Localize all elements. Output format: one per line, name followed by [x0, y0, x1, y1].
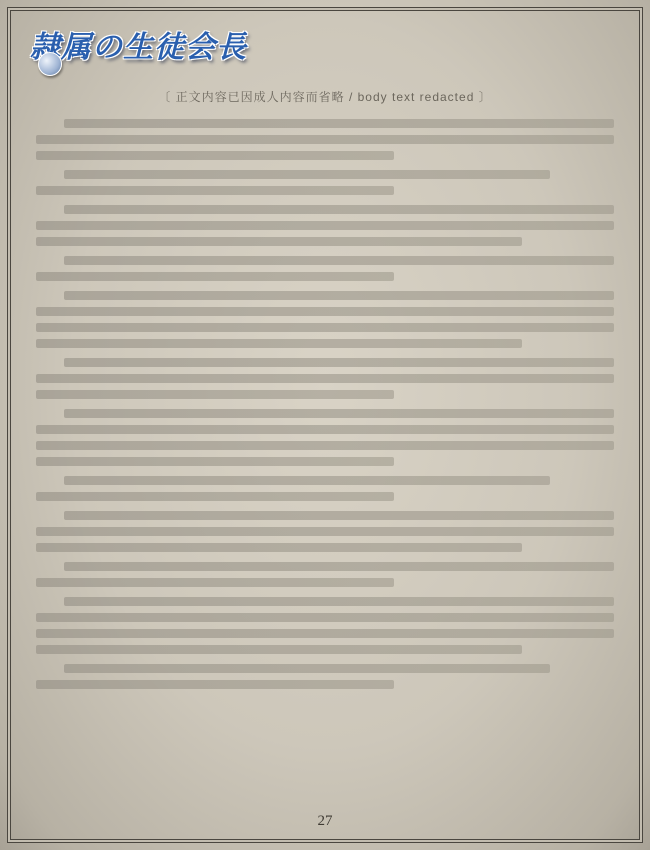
- redacted-paragraph: [36, 597, 614, 654]
- body-text-area: 〔 正文内容已因成人内容而省略 / body text redacted 〕: [36, 88, 614, 802]
- redacted-paragraph: [36, 256, 614, 281]
- redaction-notice: 〔 正文内容已因成人内容而省略 / body text redacted 〕: [36, 88, 614, 105]
- logo-title-text: 隷属の生徒会長: [30, 22, 290, 66]
- redacted-paragraph: [36, 511, 614, 552]
- title-logo: 隷属の生徒会長: [30, 22, 290, 77]
- novel-page: 隷属の生徒会長 〔 正文内容已因成人内容而省略 / body text reda…: [0, 0, 650, 850]
- redacted-paragraph: [36, 119, 614, 160]
- redacted-paragraph: [36, 664, 614, 689]
- redacted-paragraph: [36, 409, 614, 466]
- redacted-paragraph: [36, 291, 614, 348]
- redacted-paragraph: [36, 562, 614, 587]
- redacted-paragraph: [36, 476, 614, 501]
- redacted-paragraph: [36, 170, 614, 195]
- redacted-paragraph: [36, 205, 614, 246]
- redacted-paragraph: [36, 358, 614, 399]
- logo-emblem-icon: [38, 52, 62, 76]
- page-number: 27: [0, 813, 650, 830]
